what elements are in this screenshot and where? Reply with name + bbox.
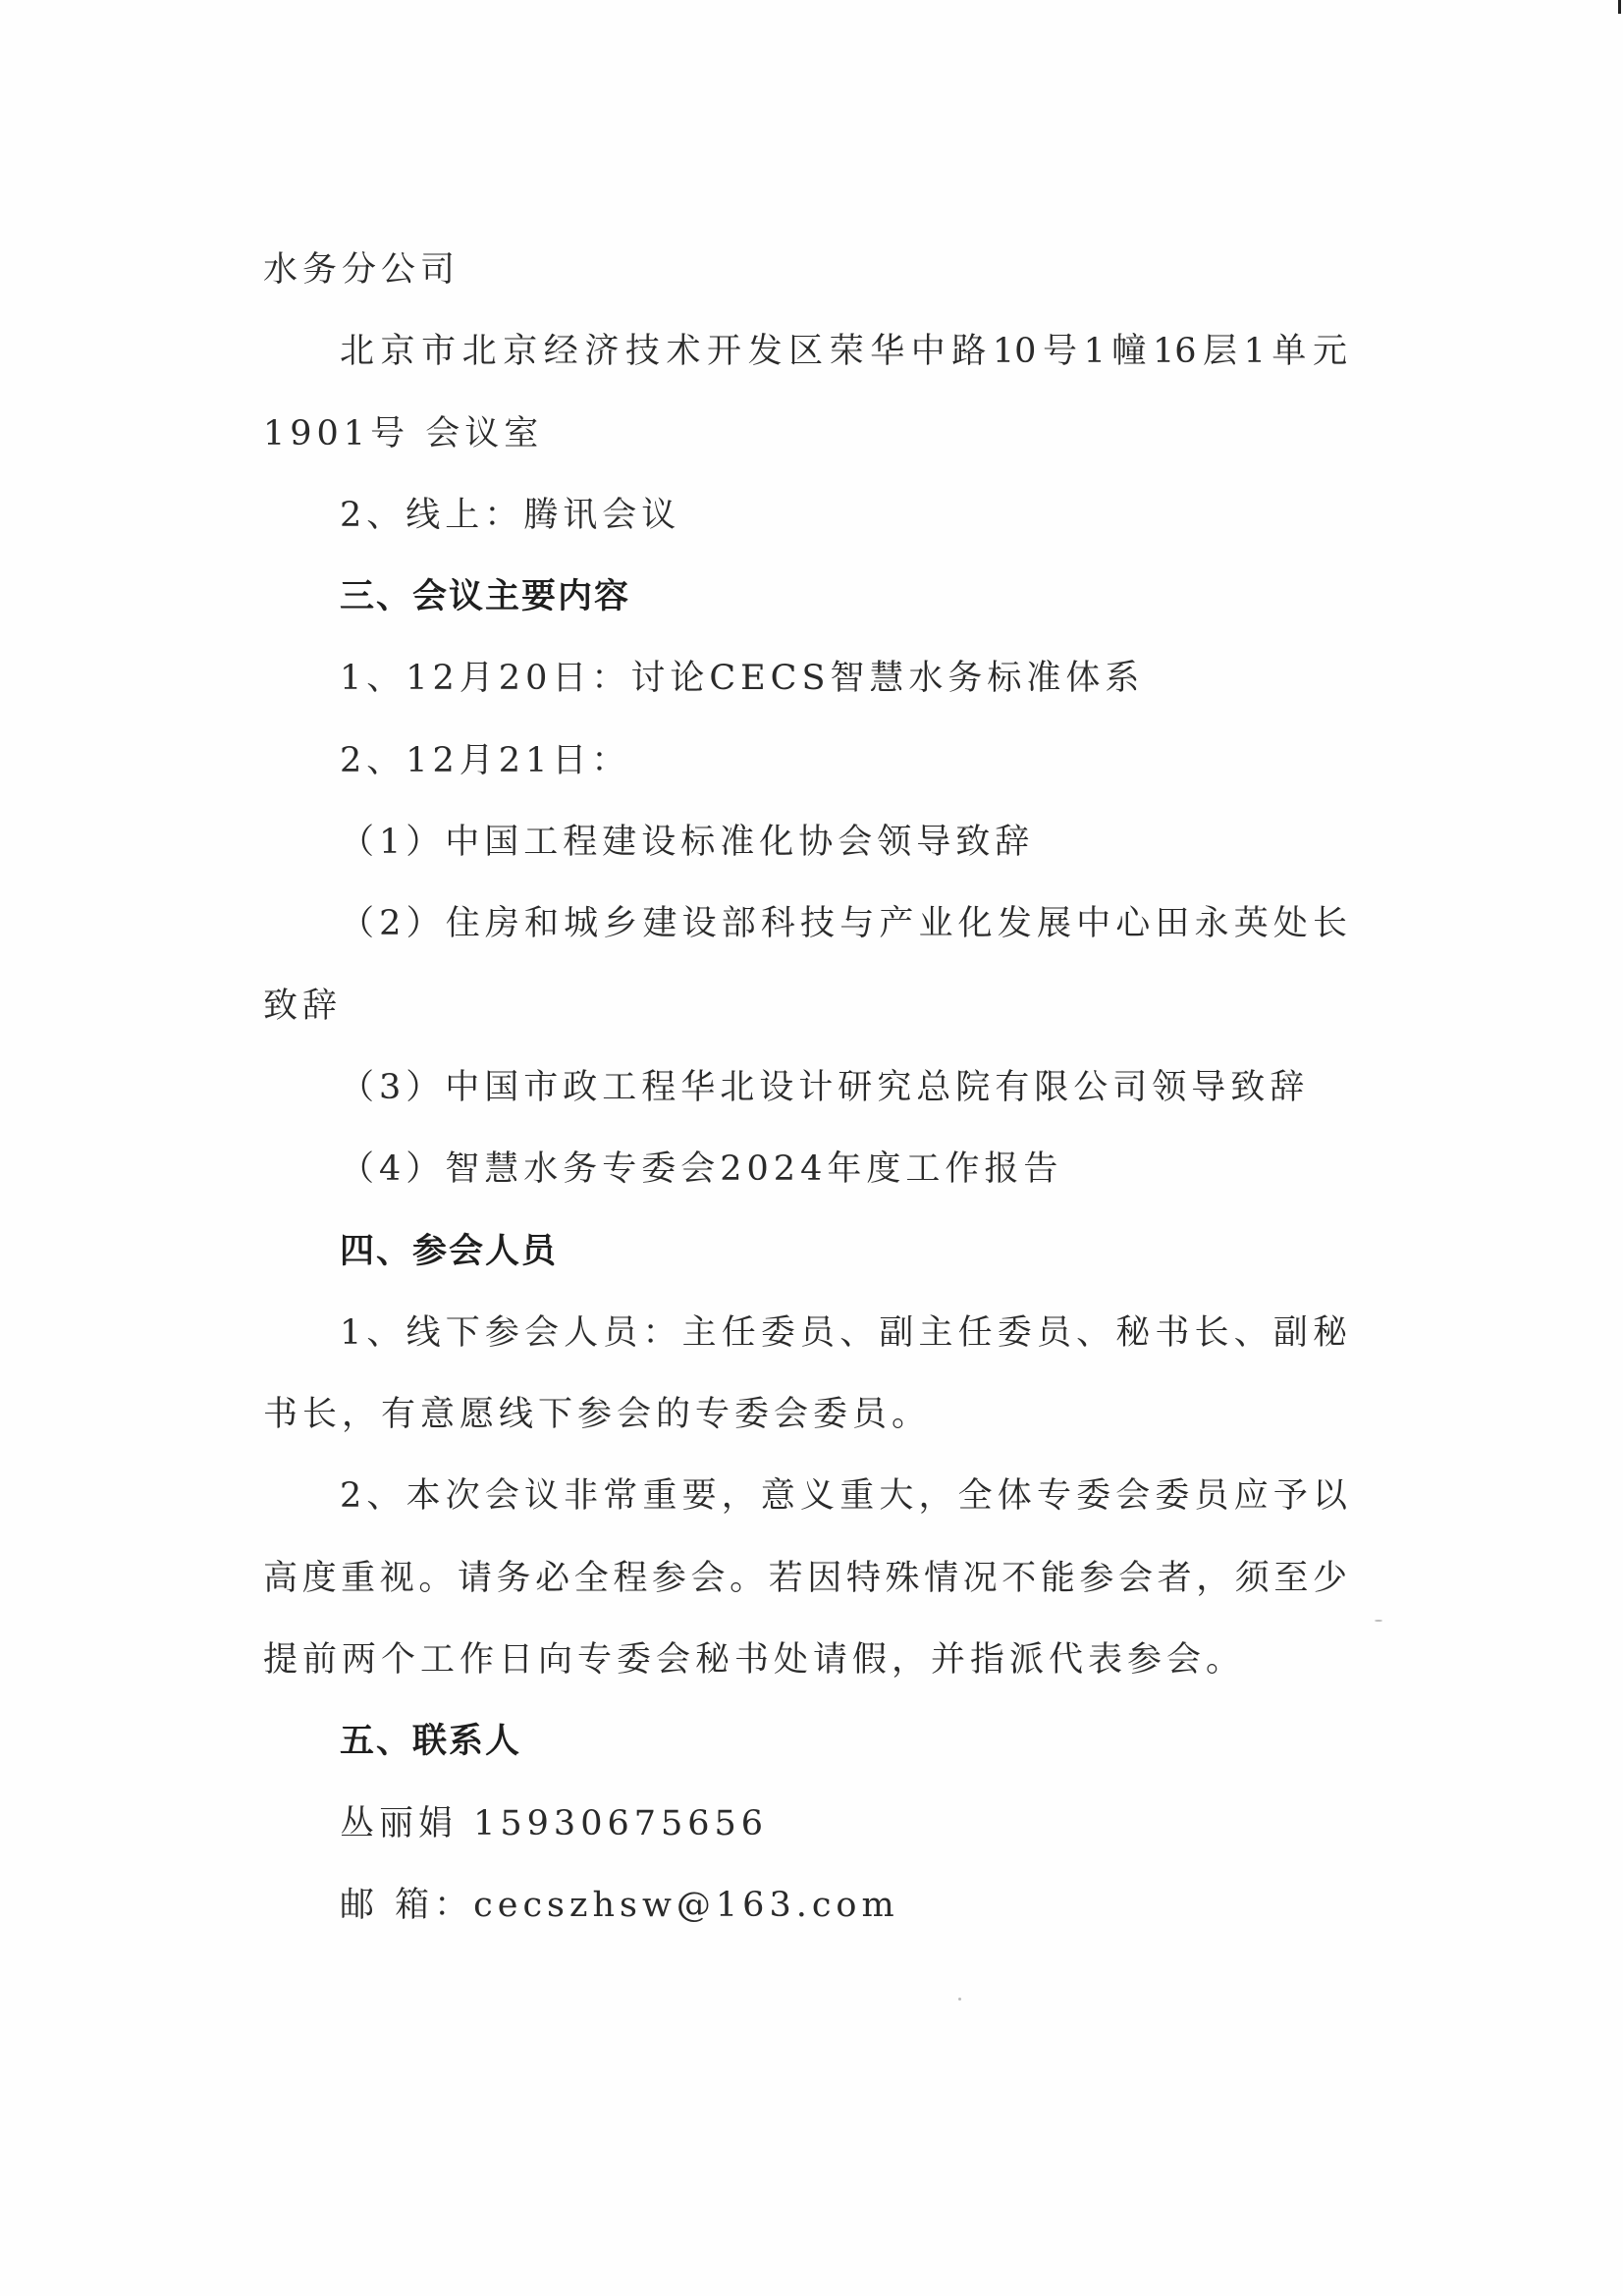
text-line: （1）中国工程建设标准化协会领导致辞 — [263, 818, 1347, 899]
text-line: 1、12月20日：讨论CECS智慧水务标准体系 — [263, 654, 1347, 735]
contact-name-phone: 丛丽娟 15930675656 — [263, 1799, 1347, 1881]
scan-speck — [958, 1998, 961, 2001]
text-line: 书长，有意愿线下参会的专委会委员。 — [263, 1390, 1347, 1471]
text-line: （4）智慧水务专委会2024年度工作报告 — [263, 1145, 1347, 1226]
section-heading: 四、参会人员 — [263, 1227, 1347, 1308]
scan-speck — [1375, 1620, 1382, 1622]
section-heading: 三、会议主要内容 — [263, 572, 1347, 654]
text-line: 2、12月21日： — [263, 736, 1347, 818]
scan-edge-mark — [1618, 0, 1621, 14]
text-line: （2）住房和城乡建设部科技与产业化发展中心田永英处长 — [263, 899, 1347, 981]
text-line: 北京市北京经济技术开发区荣华中路10号1幢16层1单元 — [263, 327, 1347, 408]
text-line: 提前两个工作日向专委会秘书处请假，并指派代表参会。 — [263, 1635, 1347, 1717]
text-line: 水务分公司 — [263, 245, 1347, 327]
text-line: 高度重视。请务必全程参会。若因特殊情况不能参会者，须至少 — [263, 1554, 1347, 1635]
text-line: 致辞 — [263, 982, 1347, 1063]
section-heading: 五、联系人 — [263, 1717, 1347, 1798]
contact-email: 邮 箱：cecszhsw@163.com — [263, 1881, 1347, 1962]
text-line: （3）中国市政工程华北设计研究总院有限公司领导致辞 — [263, 1063, 1347, 1145]
text-line: 2、线上：腾讯会议 — [263, 491, 1347, 572]
document-page: 水务分公司 北京市北京经济技术开发区荣华中路10号1幢16层1单元 1901号 … — [263, 245, 1347, 1962]
text-line: 2、本次会议非常重要，意义重大，全体专委会委员应予以 — [263, 1471, 1347, 1553]
text-line: 1、线下参会人员：主任委员、副主任委员、秘书长、副秘 — [263, 1308, 1347, 1390]
text-line: 1901号 会议室 — [263, 409, 1347, 491]
